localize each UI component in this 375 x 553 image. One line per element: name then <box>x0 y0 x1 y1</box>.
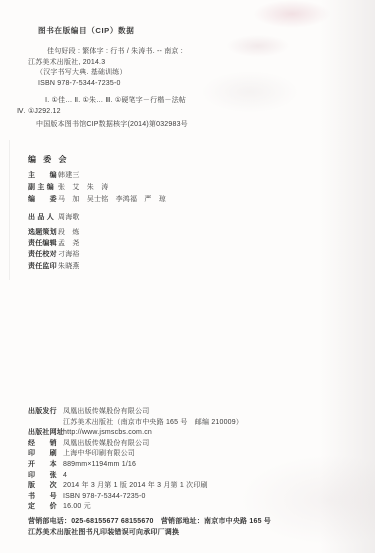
role-names: 张 艾 朱 涛 <box>58 182 108 194</box>
staff-row-print-supervisor: 责任监印 朱晓燕 <box>28 261 80 272</box>
editorial-row-deputy: 副 主 编 张 艾 朱 涛 <box>28 182 166 194</box>
editorial-board-title: 编 委 会 <box>28 155 166 166</box>
editorial-row-members: 编 委 马 加 吴士铭 李鸿福 严 琼 <box>28 194 166 206</box>
staff-row-editor: 责任编辑 孟 尧 <box>28 238 80 249</box>
role-label: 副 主 编 <box>28 182 58 194</box>
field-value: 凤凰出版传媒股份有限公司 <box>63 439 149 450</box>
staff-row-proofreader: 责任校对 刁海裕 <box>28 249 80 260</box>
publication-row-printer: 印 刷 上海中华印刷有限公司 <box>28 449 243 460</box>
role-name: 周海歌 <box>58 212 80 223</box>
cip-classification-line-1: Ⅰ. ①佳… Ⅱ. ①朱… Ⅲ. ①硬笔字－行楷－法帖 <box>17 95 186 106</box>
field-value: http://www.jsmscbs.com.cn <box>63 428 152 439</box>
footer-section: 营销部电话：025-68155677 68155670 营销部地址：南京市中央路… <box>28 516 271 538</box>
field-label: 经 销 <box>28 439 63 450</box>
role-names: 韩建三 <box>58 170 80 182</box>
staff-row-planner: 选题策划 段 炼 <box>28 227 80 238</box>
role-name: 段 炼 <box>58 227 80 238</box>
role-label: 选题策划 <box>28 227 58 238</box>
role-names: 马 加 吴士铭 李鸿福 严 琼 <box>58 194 166 206</box>
field-label: 印 刷 <box>28 449 63 460</box>
cip-heading: 图书在版编目（CIP）数据 <box>38 26 134 37</box>
field-label: 版 次 <box>28 481 63 492</box>
staff-row-producer: 出 品 人 周海歌 <box>28 212 80 223</box>
field-value: 16.00 元 <box>63 502 91 513</box>
role-label: 主 编 <box>28 170 58 182</box>
editorial-board-section: 编 委 会 主 编 韩建三 副 主 编 张 艾 朱 涛 编 委 马 加 吴士铭 … <box>28 155 166 206</box>
cip-classification-block: Ⅰ. ①佳… Ⅱ. ①朱… Ⅲ. ①硬笔字－行楷－法帖 Ⅳ. ①J292.12 <box>17 95 186 117</box>
cip-publisher-statement: 江苏美术出版社, 2014.3 <box>28 58 183 69</box>
publication-row-distributor: 经 销 凤凰出版传媒股份有限公司 <box>28 439 243 450</box>
role-label: 责任校对 <box>28 249 58 260</box>
field-value: 上海中华印刷有限公司 <box>63 449 135 460</box>
publication-row-edition: 版 次 2014 年 3 月第 1 版 2014 年 3 月第 1 次印刷 <box>28 481 243 492</box>
field-value: ISBN 978-7-5344-7235-0 <box>63 492 146 503</box>
role-name: 孟 尧 <box>58 238 80 249</box>
field-value: 凤凰出版传媒股份有限公司 <box>63 407 149 418</box>
scan-edge-artifact <box>9 140 10 280</box>
role-name: 刁海裕 <box>58 249 80 260</box>
publication-row-sheets: 印 张 4 <box>28 471 243 482</box>
field-label: 定 价 <box>28 502 63 513</box>
role-label: 责任编辑 <box>28 238 58 249</box>
publication-row-format: 开 本 889mm×1194mm 1/16 <box>28 460 243 471</box>
field-value: 4 <box>63 471 67 482</box>
footer-notice-line: 江苏美术出版社图书凡印装错误可向承印厂调换 <box>28 527 271 538</box>
publication-row-publisher: 出版发行 凤凰出版传媒股份有限公司 <box>28 407 243 418</box>
role-label: 责任监印 <box>28 261 58 272</box>
field-label: 印 张 <box>28 471 63 482</box>
cip-title-statement: 佳句好段 : 繁体字 : 行书 / 朱涛书. -- 南京 : <box>28 47 183 58</box>
editorial-row-chief: 主 编 韩建三 <box>28 170 166 182</box>
publication-info-section: 出版发行 凤凰出版传媒股份有限公司 江苏美术出版社（南京市中央路 165 号 邮… <box>28 407 243 513</box>
field-label: 出版发行 <box>28 407 63 418</box>
cip-description-block: 佳句好段 : 繁体字 : 行书 / 朱涛书. -- 南京 : 江苏美术出版社, … <box>28 47 183 89</box>
footer-sales-line: 营销部电话：025-68155677 68155670 营销部地址：南京市中央路… <box>28 516 271 527</box>
role-label: 编 委 <box>28 194 58 206</box>
role-name: 朱晓燕 <box>58 261 80 272</box>
field-label: 开 本 <box>28 460 63 471</box>
publication-row-publisher-address: 江苏美术出版社（南京市中央路 165 号 邮编 210009） <box>28 418 243 429</box>
field-label: 出版社网址 <box>28 428 63 439</box>
role-label: 出 品 人 <box>28 212 58 223</box>
copyright-page: 图书在版编目（CIP）数据 佳句好段 : 繁体字 : 行书 / 朱涛书. -- … <box>0 0 375 553</box>
field-value: 2014 年 3 月第 1 版 2014 年 3 月第 1 次印刷 <box>63 481 208 492</box>
cip-classification-line-2: Ⅳ. ①J292.12 <box>17 106 186 117</box>
field-value: 889mm×1194mm 1/16 <box>63 460 136 471</box>
field-label: 书 号 <box>28 492 63 503</box>
publication-row-price: 定 价 16.00 元 <box>28 502 243 513</box>
staff-section: 出 品 人 周海歌 选题策划 段 炼 责任编辑 孟 尧 责任校对 刁海裕 责任监… <box>28 212 80 272</box>
cip-isbn-line: ISBN 978-7-5344-7235-0 <box>28 79 183 90</box>
publication-row-isbn: 书 号 ISBN 978-7-5344-7235-0 <box>28 492 243 503</box>
publication-row-website: 出版社网址 http://www.jsmscbs.com.cn <box>28 428 243 439</box>
cip-record-number: 中国版本图书馆CIP数据核字(2014)第032983号 <box>36 120 188 131</box>
cip-series-statement: （汉字书写大典. 基础训练） <box>28 68 183 79</box>
